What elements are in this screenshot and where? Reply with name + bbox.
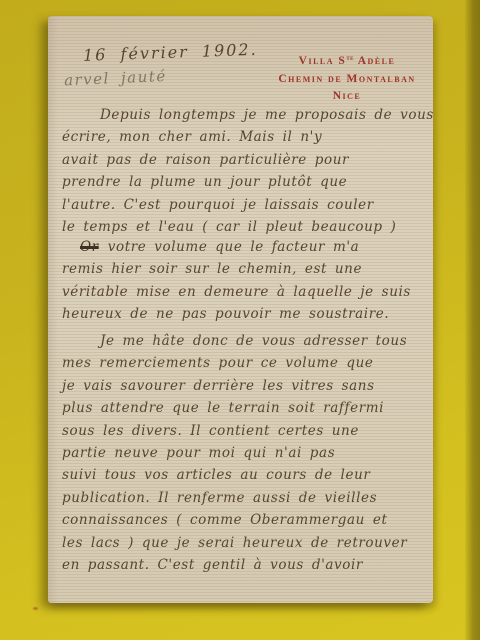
- letter-paper: 16 février 1902. arvel jauté Villa Ste A…: [48, 16, 433, 603]
- letterhead-city-line: Nice: [262, 88, 432, 106]
- photo-edge-shadow: [465, 0, 480, 640]
- struck-out-word: Or: [80, 239, 108, 255]
- handwritten-line: véritable mise en demeure à laquelle je …: [62, 281, 433, 303]
- handwritten-line: avait pas de raison particulière pour: [62, 149, 433, 171]
- handwritten-line: Je me hâte donc de vous adresser tous: [62, 330, 433, 352]
- handwritten-line: sous les divers. Il contient certes une: [62, 420, 433, 442]
- letterhead: Villa Ste Adèle Chemin de Montalban Nice: [262, 50, 432, 106]
- handwritten-line: connaissances ( comme Oberammergau et: [62, 509, 433, 531]
- photo-of-letter: { "colors": { "background_yellow": "#c9b…: [0, 0, 480, 640]
- background-speck: [33, 607, 38, 610]
- handwritten-line: l'autre. C'est pourquoi je laissais coul…: [62, 194, 433, 216]
- letterhead-superscript: te: [346, 54, 354, 62]
- handwritten-line: je vais savourer derrière les vitres san…: [62, 375, 433, 397]
- pencil-annotation: arvel jauté: [64, 63, 265, 90]
- handwritten-line: partie neuve pour moi qui n'ai pas: [62, 442, 433, 464]
- handwritten-line: en passant. C'est gentil à vous d'avoir: [62, 554, 433, 576]
- paragraph-1: Depuis longtemps je me proposais de vous…: [62, 104, 433, 238]
- handwritten-line: suivi tous vos articles au cours de leur: [62, 464, 433, 486]
- handwritten-line: les lacs ) que je serai heureux de retro…: [62, 532, 433, 554]
- paragraph-2: Orvotre volume que le facteur m'a remis …: [62, 236, 433, 326]
- letterhead-villa-line: Villa Ste Adèle: [262, 50, 432, 71]
- handwritten-line: prendre la plume un jour plutôt que: [62, 171, 433, 193]
- letterhead-street-line: Chemin de Montalban: [262, 71, 432, 89]
- handwritten-line: Depuis longtemps je me proposais de vous: [62, 104, 433, 126]
- handwritten-line: mes remerciements pour ce volume que: [62, 352, 433, 374]
- handwritten-line: plus attendre que le terrain soit raffer…: [62, 397, 433, 419]
- handwritten-line: heureux de ne pas pouvoir me soustraire.: [62, 303, 433, 325]
- handwritten-line: Orvotre volume que le facteur m'a: [62, 236, 433, 258]
- handwritten-line: publication. Il renferme aussi de vieill…: [62, 487, 433, 509]
- handwritten-line: écrire, mon cher ami. Mais il n'y: [62, 126, 433, 148]
- paragraph-3: Je me hâte donc de vous adresser tous me…: [62, 330, 433, 576]
- handwritten-line: remis hier soir sur le chemin, est une: [62, 258, 433, 280]
